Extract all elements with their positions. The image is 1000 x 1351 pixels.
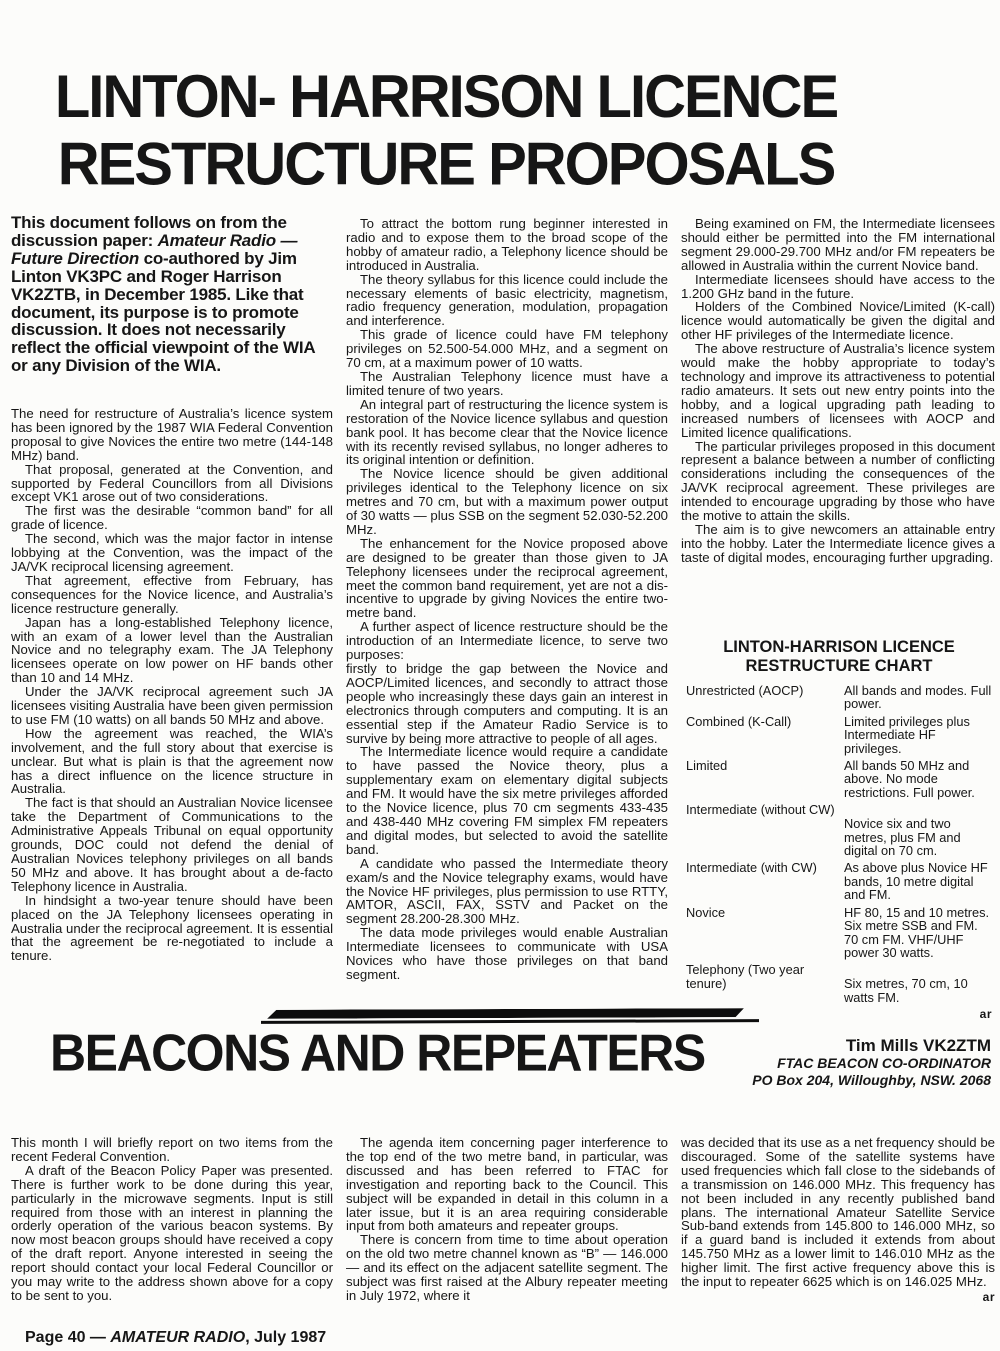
paragraph: The agenda item concerning pager interfe…	[346, 1136, 668, 1233]
paragraph: Being examined on FM, the Intermediate l…	[681, 217, 995, 273]
licence-class: Telephony (Two year tenure)	[686, 963, 836, 1004]
chart-title-line2: RESTRUCTURE CHART	[686, 657, 992, 676]
chart-title: LINTON-HARRISON LICENCE RESTRUCTURE CHAR…	[686, 638, 992, 675]
footer-issue-date: , July 1987	[245, 1329, 326, 1346]
byline-role: FTAC BEACON CO-ORDINATOR	[752, 1055, 991, 1072]
chart-row: Combined (K-Call) Limited privileges plu…	[686, 715, 992, 755]
paragraph: That agreement, effective from February,…	[11, 574, 333, 616]
paragraph: The second, which was the major factor i…	[11, 532, 333, 574]
paragraph: A further aspect of licence restructure …	[346, 620, 668, 662]
article1-title-line2: RESTRUCTURE PROPOSALS	[0, 131, 892, 199]
paragraph: The theory syllabus for this licence cou…	[346, 273, 668, 329]
licence-class: Novice	[686, 906, 836, 960]
article1-column2: To attract the bottom rung beginner inte…	[346, 217, 668, 982]
licence-class: Intermediate (with CW)	[686, 861, 836, 901]
footer-magazine-name: AMATEUR RADIO	[110, 1329, 245, 1346]
licence-restructure-chart: LINTON-HARRISON LICENCE RESTRUCTURE CHAR…	[686, 638, 992, 1022]
paragraph: To attract the bottom rung beginner inte…	[346, 217, 668, 273]
paragraph: was decided that its use as a net freque…	[681, 1136, 995, 1289]
paragraph: firstly to bridge the gap between the No…	[346, 662, 668, 745]
article2-column1: This month I will briefly report on two …	[11, 1136, 333, 1303]
section-divider-hairline	[261, 1019, 759, 1023]
paragraph: This month I will briefly report on two …	[11, 1136, 333, 1164]
chart-row: Intermediate (without CW) Novice six and…	[686, 803, 992, 857]
standfirst-text-cont: co-authored by Jim Linton VK3PC and Roge…	[11, 249, 315, 375]
paragraph: The first was the desirable “common band…	[11, 504, 333, 532]
paragraph: The aim is to give newcomers an attainab…	[681, 523, 995, 565]
paragraph: How the agreement was reached, the WIA’s…	[11, 727, 333, 797]
chart-row: Limited All bands 50 MHz and above. No m…	[686, 759, 992, 799]
licence-privileges: All bands and modes. Full power.	[844, 684, 992, 711]
paragraph: The above restructure of Australia’s lic…	[681, 342, 995, 439]
licence-privileges: HF 80, 15 and 10 metres. Six metre SSB a…	[844, 906, 992, 960]
chart-row: Intermediate (with CW) As above plus Nov…	[686, 861, 992, 901]
paragraph: Japan has a long-established Telephony l…	[11, 616, 333, 686]
paragraph: In hindsight a two-year tenure should ha…	[11, 894, 333, 964]
paragraph: The Australian Telephony licence must ha…	[346, 370, 668, 398]
licence-class: Combined (K-Call)	[686, 715, 836, 755]
paragraph: An integral part of restructuring the li…	[346, 398, 668, 468]
paragraph: A draft of the Beacon Policy Paper was p…	[11, 1164, 333, 1303]
licence-privileges: All bands 50 MHz and above. No mode rest…	[844, 759, 992, 799]
footer-page-number: Page 40 —	[25, 1329, 110, 1346]
paragraph: A candidate who passed the Intermediate …	[346, 857, 668, 927]
section-divider-bar	[267, 1008, 744, 1019]
chart-row: Unrestricted (AOCP) All bands and modes.…	[686, 684, 992, 711]
chart-title-line1: LINTON-HARRISON LICENCE	[686, 638, 992, 657]
licence-class: Unrestricted (AOCP)	[686, 684, 836, 711]
paragraph: That proposal, generated at the Conventi…	[11, 463, 333, 505]
paragraph: Intermediate licensees should have acces…	[681, 273, 995, 301]
article1-title-line1: LINTON- HARRISON LICENCE	[0, 63, 892, 131]
article2-column2: The agenda item concerning pager interfe…	[346, 1136, 668, 1303]
paragraph: The Novice licence should be given addit…	[346, 467, 668, 537]
article2-column3: was decided that its use as a net freque…	[681, 1136, 995, 1305]
licence-class: Limited	[686, 759, 836, 799]
paragraph: Under the JA/VK reciprocal agreement suc…	[11, 685, 333, 727]
article2-byline: Tim Mills VK2ZTM FTAC BEACON CO-ORDINATO…	[752, 1036, 991, 1088]
paragraph: There is concern from time to time about…	[346, 1233, 668, 1303]
article1-title: LINTON- HARRISON LICENCE RESTRUCTURE PRO…	[0, 63, 892, 198]
byline-author: Tim Mills VK2ZTM	[752, 1036, 991, 1055]
licence-privileges: Novice six and two metres, plus FM and d…	[844, 803, 992, 857]
paragraph: The fact is that should an Australian No…	[11, 796, 333, 893]
licence-privileges: Six metres, 70 cm, 10 watts FM.	[844, 963, 992, 1004]
licence-privileges: As above plus Novice HF bands, 10 metre …	[844, 861, 992, 901]
article1-column1: The need for restructure of Australia’s …	[11, 407, 333, 963]
magazine-page: LINTON- HARRISON LICENCE RESTRUCTURE PRO…	[0, 0, 1000, 1351]
article1-standfirst: This document follows on from the discus…	[11, 214, 334, 375]
licence-privileges: Limited privileges plus Intermediate HF …	[844, 715, 992, 755]
paragraph: The data mode privileges would enable Au…	[346, 926, 668, 982]
article2-title: BEACONS AND REPEATERS	[50, 1027, 705, 1079]
licence-class: Intermediate (without CW)	[686, 803, 836, 857]
chart-row: Novice HF 80, 15 and 10 metres. Six metr…	[686, 906, 992, 960]
paragraph: The need for restructure of Australia’s …	[11, 407, 333, 463]
article-end-marker: ar	[681, 1291, 995, 1305]
page-footer: Page 40 — AMATEUR RADIO, July 1987	[25, 1329, 326, 1347]
paragraph: Holders of the Combined Novice/Limited (…	[681, 300, 995, 342]
paragraph: This grade of licence could have FM tele…	[346, 328, 668, 370]
paragraph: The enhancement for the Novice proposed …	[346, 537, 668, 620]
paragraph: The particular privileges proposed in th…	[681, 440, 995, 523]
paragraph: The Intermediate licence would require a…	[346, 745, 668, 856]
article1-column3: Being examined on FM, the Intermediate l…	[681, 217, 995, 565]
byline-address: PO Box 204, Willoughby, NSW. 2068	[752, 1072, 991, 1089]
chart-row: Telephony (Two year tenure) Six metres, …	[686, 963, 992, 1004]
